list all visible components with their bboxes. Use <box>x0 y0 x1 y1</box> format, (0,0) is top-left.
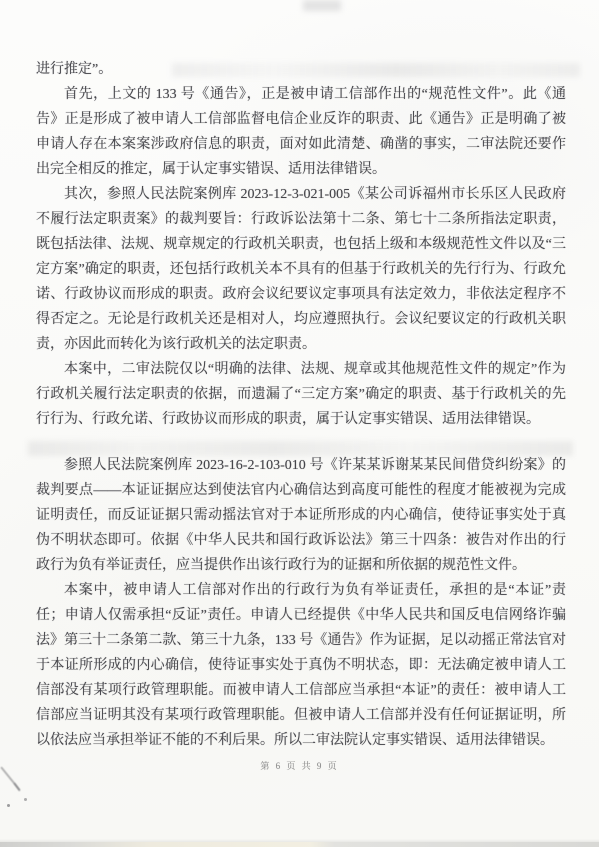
pen-scratch-mark-small <box>13 782 20 791</box>
paragraph: 本案中，二审法院仅以“明确的法律、法规、规章或其他规范性文件的规定”作为行政机关… <box>36 357 566 432</box>
ink-dot <box>24 798 27 801</box>
page-edge-shadow <box>0 839 599 842</box>
scanner-edge-band <box>0 842 599 847</box>
paragraph: 其次，参照人民法院案例库 2023-12-3-021-005《某公司诉福州市长乐… <box>36 182 566 357</box>
paragraph: 参照人民法院案例库 2023-16-2-103-010 号《许某某诉谢某某民间借… <box>36 453 566 578</box>
page-footer: 第 6 页 共 9 页 <box>0 760 599 772</box>
document-body: 进行推定”。首先，上文的 133 号《通告》，正是被申请工信部作出的“规范性文件… <box>36 57 566 753</box>
paragraph: 本案中，被申请人工信部对作出的行政行为负有举证责任，承担的是“本证”责任；申请人… <box>36 578 566 753</box>
ink-dot <box>7 804 10 807</box>
scanned-document-page: 进行推定”。首先，上文的 133 号《通告》，正是被申请工信部作出的“规范性文件… <box>0 0 599 847</box>
bleed-through-smudge-top <box>303 0 341 11</box>
paragraph: 首先，上文的 133 号《通告》，正是被申请工信部作出的“规范性文件”。此《通告… <box>36 82 566 182</box>
paragraph: 进行推定”。 <box>36 57 566 82</box>
page-number-label: 第 6 页 共 9 页 <box>260 761 338 771</box>
